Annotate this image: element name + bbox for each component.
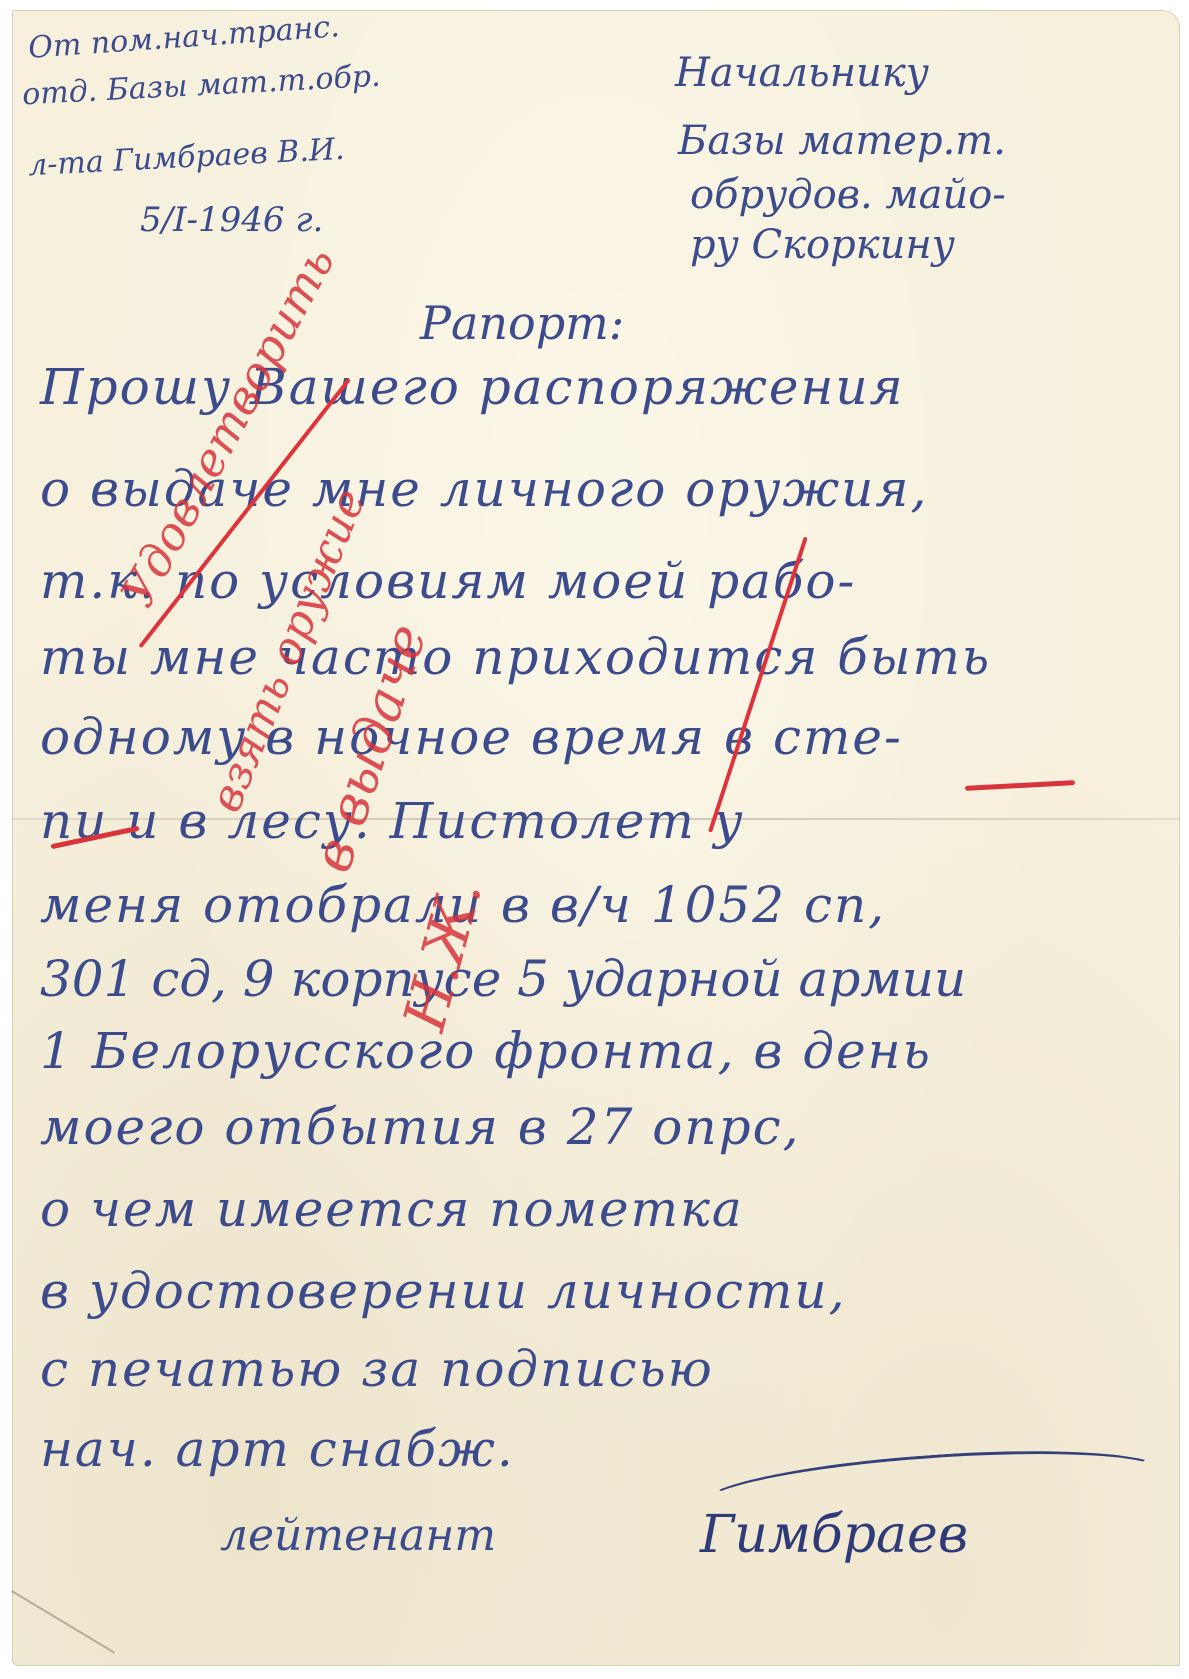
addressee-line: обрудов. майо- <box>690 172 1006 218</box>
body-line: одному в ночное время в сте- <box>40 708 903 766</box>
body-line: 301 сд, 9 корпусе 5 ударной армии <box>40 950 966 1008</box>
signer-rank: лейтенант <box>220 1510 496 1561</box>
body-line: в удостоверении личности, <box>40 1262 847 1320</box>
body-line: 1 Белорусского фронта, в день <box>40 1022 932 1080</box>
report-title: Рапорт: <box>420 296 624 350</box>
body-line: с печатью за подписью <box>40 1340 714 1398</box>
addressee-line: ру Скоркину <box>690 222 955 268</box>
addressee-line: Базы матер.т. <box>678 118 1006 164</box>
body-line: пи и в лесу. Пистолет у <box>40 792 745 850</box>
body-line: нач. арт снабж. <box>40 1420 515 1478</box>
body-line: ты мне часто приходится быть <box>40 628 991 686</box>
addressee-line: Начальнику <box>675 50 929 96</box>
body-line: Прошу Вашего распоряжения <box>40 358 905 416</box>
body-line: о чем имеется пометка <box>40 1180 744 1238</box>
sender-date: 5/I-1946 г. <box>140 200 323 240</box>
body-line: моего отбытия в 27 опрс, <box>40 1098 801 1156</box>
